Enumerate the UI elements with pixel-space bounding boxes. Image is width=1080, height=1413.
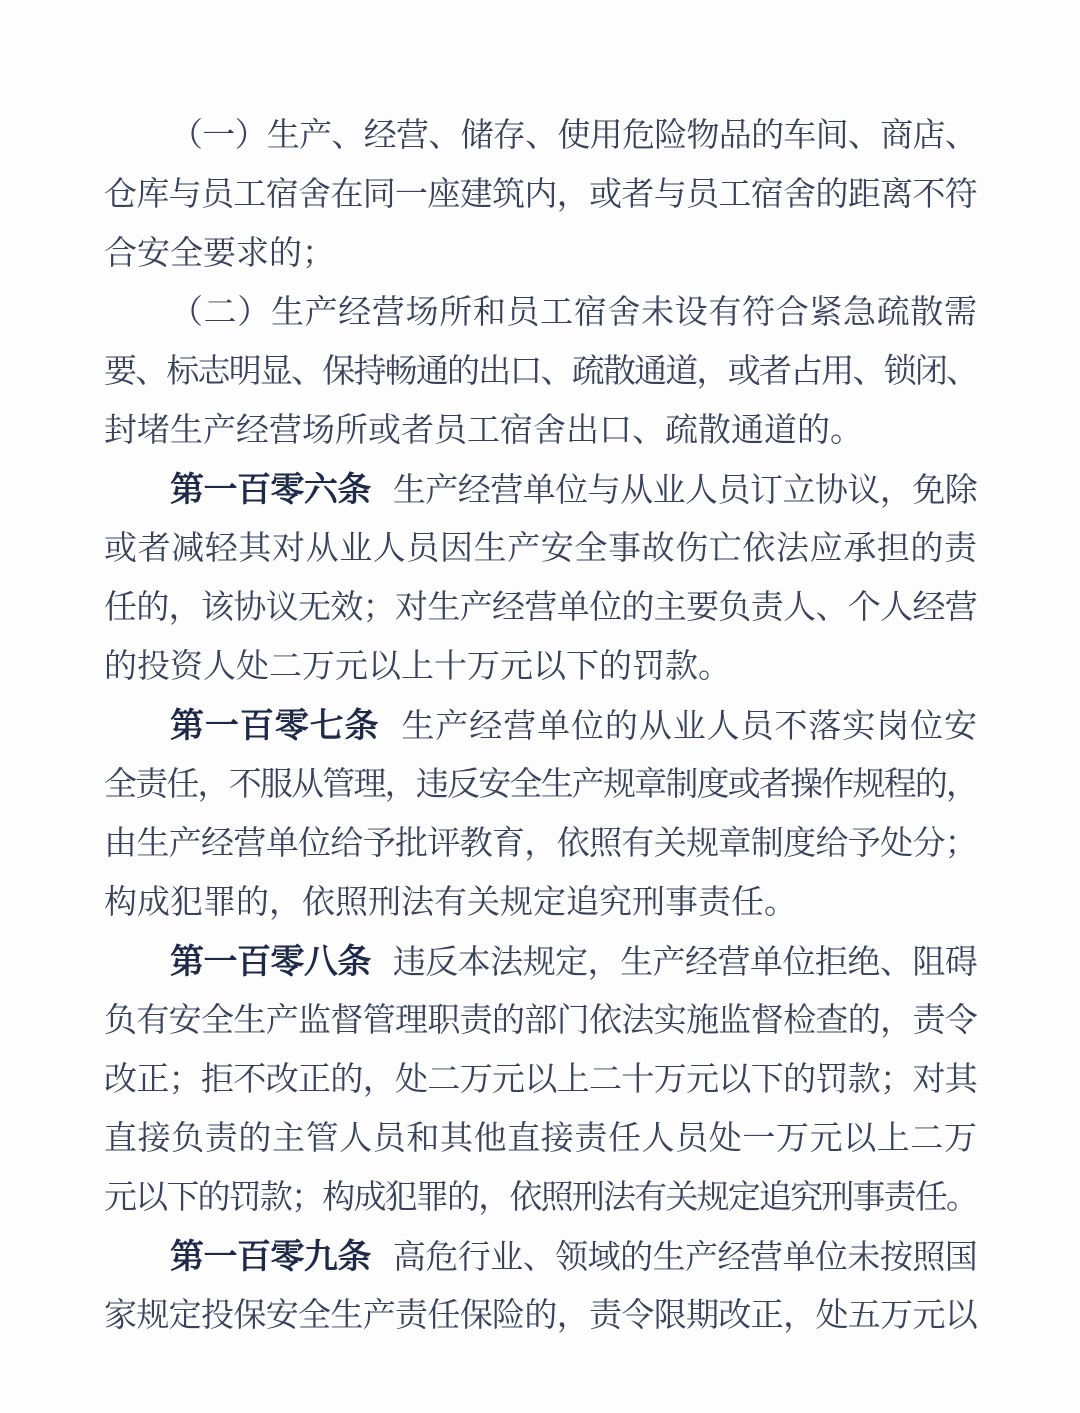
article-text: 生产经营单位的从业人员不落实岗位安 (401, 709, 977, 745)
text-line: 封堵生产经营场所或者员工宿舍出口、疏散通道的。 (104, 402, 977, 461)
text-line: 第一百零七条生产经营单位的从业人员不落实岗位安 (104, 697, 977, 756)
article-text: 违反本法规定，生产经营单位拒绝、阻碍 (393, 945, 977, 981)
text-line: 元以下的罚款；构成犯罪的，依照刑法有关规定追究刑事责任。 (104, 1169, 977, 1228)
text-line: 合安全要求的； (104, 225, 977, 284)
text-line: 家规定投保安全生产责任保险的，责令限期改正，处五万元以 (104, 1287, 977, 1346)
article-text: 生产经营单位与从业人员订立协议，免除 (393, 473, 977, 509)
text-line: 第一百零八条违反本法规定，生产经营单位拒绝、阻碍 (104, 933, 977, 992)
article-109-paragraph: 第一百零九条高危行业、领域的生产经营单位未按照国 家规定投保安全生产责任保险的，… (104, 1228, 977, 1346)
list-item-2: （二）生产经营场所和员工宿舍未设有符合紧急疏散需 要、标志明显、保持畅通的出口、… (104, 284, 977, 461)
text-line: 由生产经营单位给予批评教育，依照有关规章制度给予处分； (104, 815, 977, 874)
text-line: （二）生产经营场所和员工宿舍未设有符合紧急疏散需 (104, 284, 977, 343)
list-item-1: （一）生产、经营、储存、使用危险物品的车间、商店、 仓库与员工宿舍在同一座建筑内… (104, 107, 977, 284)
article-106-paragraph: 第一百零六条生产经营单位与从业人员订立协议，免除 或者减轻其对从业人员因生产安全… (104, 461, 977, 697)
text-line: 或者减轻其对从业人员因生产安全事故伤亡依法应承担的责 (104, 520, 977, 579)
text-line: （一）生产、经营、储存、使用危险物品的车间、商店、 (104, 107, 977, 166)
text-line: 仓库与员工宿舍在同一座建筑内，或者与员工宿舍的距离不符 (104, 166, 977, 225)
text-line: 负有安全生产监督管理职责的部门依法实施监督检查的，责令 (104, 992, 977, 1051)
text-line: 的投资人处二万元以上十万元以下的罚款。 (104, 638, 977, 697)
text-line: 直接负责的主管人员和其他直接责任人员处一万元以上二万 (104, 1110, 977, 1169)
article-108-paragraph: 第一百零八条违反本法规定，生产经营单位拒绝、阻碍 负有安全生产监督管理职责的部门… (104, 933, 977, 1228)
text-line: 第一百零六条生产经营单位与从业人员订立协议，免除 (104, 461, 977, 520)
article-number: 第一百零六条 (170, 471, 371, 509)
article-text: 高危行业、领域的生产经营单位未按照国 (393, 1240, 977, 1276)
text-line: 要、标志明显、保持畅通的出口、疏散通道，或者占用、锁闭、 (104, 343, 977, 402)
text-line: 改正；拒不改正的，处二万元以上二十万元以下的罚款；对其 (104, 1051, 977, 1110)
article-107-paragraph: 第一百零七条生产经营单位的从业人员不落实岗位安 全责任，不服从管理，违反安全生产… (104, 697, 977, 933)
document-page: （一）生产、经营、储存、使用危险物品的车间、商店、 仓库与员工宿舍在同一座建筑内… (0, 0, 1080, 1346)
text-line: 任的，该协议无效；对生产经营单位的主要负责人、个人经营 (104, 579, 977, 638)
article-number: 第一百零七条 (170, 707, 379, 745)
text-line: 第一百零九条高危行业、领域的生产经营单位未按照国 (104, 1228, 977, 1287)
text-line: 构成犯罪的，依照刑法有关规定追究刑事责任。 (104, 874, 977, 933)
article-number: 第一百零九条 (170, 1238, 371, 1276)
text-line: 全责任，不服从管理，违反安全生产规章制度或者操作规程的， (104, 756, 977, 815)
article-number: 第一百零八条 (170, 943, 371, 981)
